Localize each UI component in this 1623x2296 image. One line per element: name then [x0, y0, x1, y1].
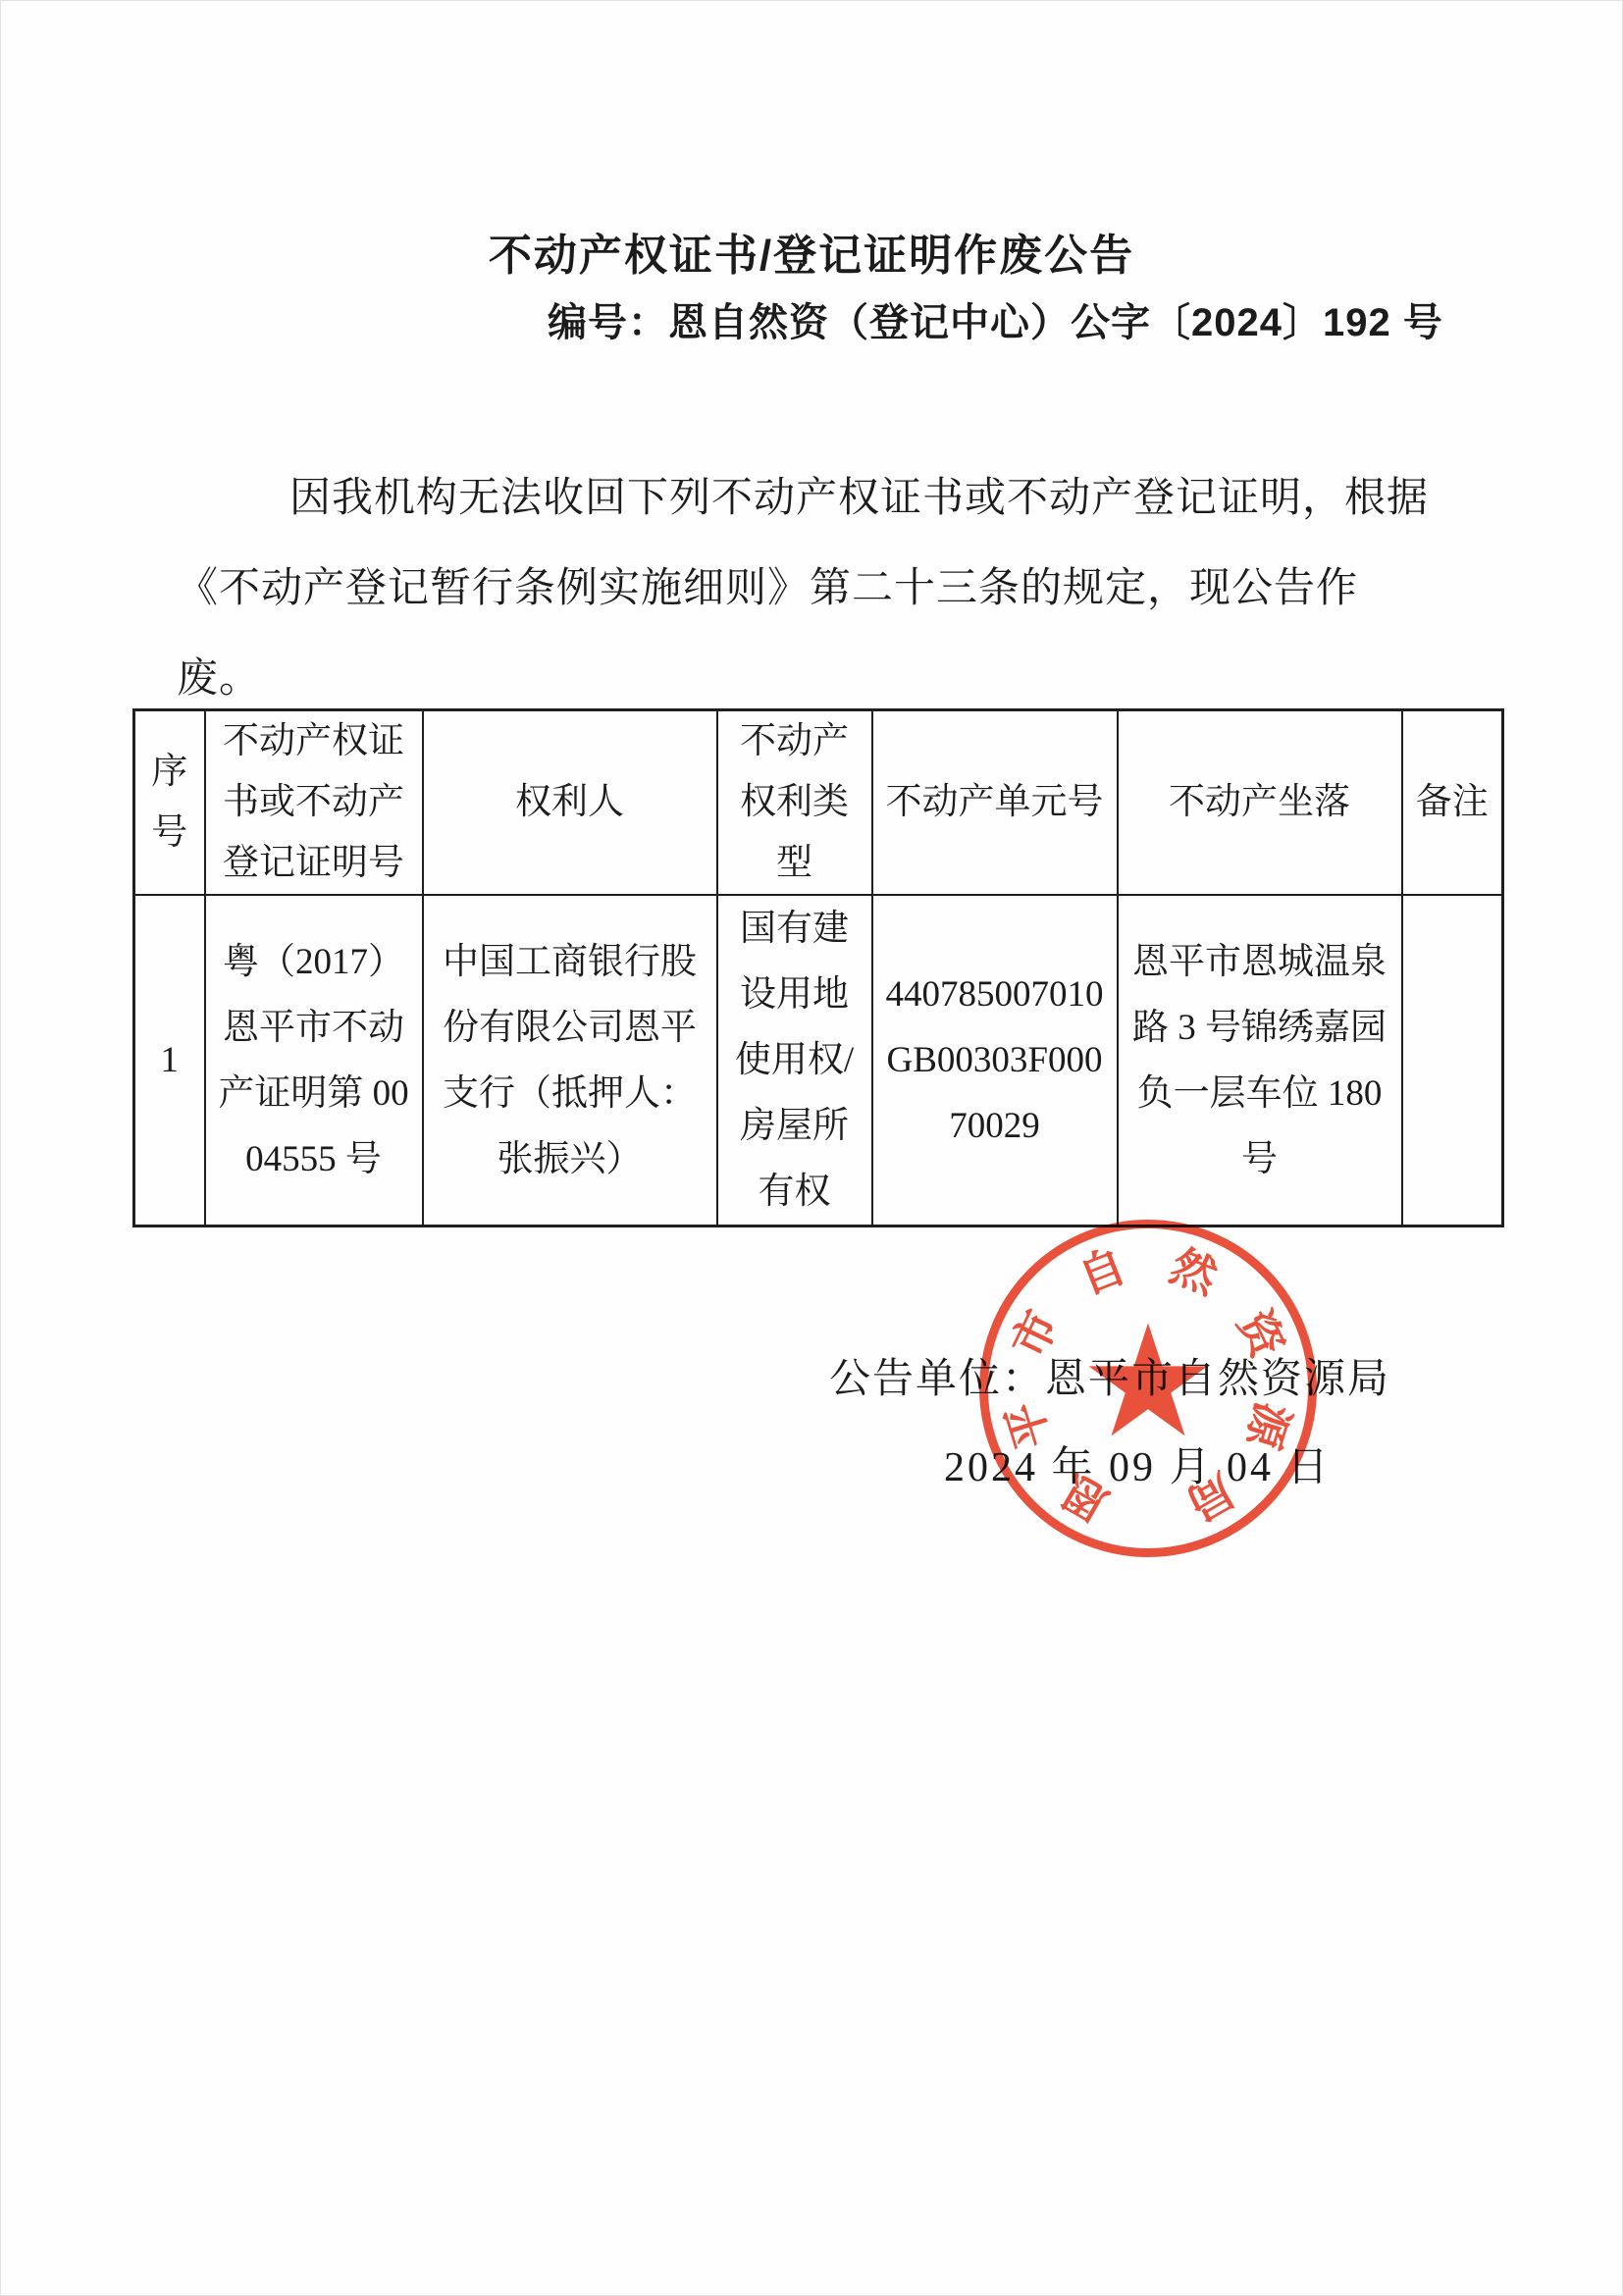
doc-number: 编号：恩自然资（登记中心）公字〔2024〕192 号	[548, 291, 1443, 347]
cell-right-type: 国有建设用地使用权/房屋所有权	[717, 895, 872, 1226]
cell-holder: 中国工商银行股份有限公司恩平支行（抵押人：张振兴）	[423, 895, 717, 1226]
body-line-1: 因我机构无法收回下列不动产权证书或不动产登记证明，根据	[177, 453, 1441, 544]
cell-cert-no: 粤（2017）恩平市不动产证明第 0004555 号	[205, 895, 423, 1226]
cell-unit-no: 440785007010GB00303F00070029	[872, 895, 1118, 1226]
body-line-2: 《不动产登记暂行条例实施细则》第二十三条的规定，现公告作废。	[177, 544, 1441, 724]
document-page: 不动产权证书/登记证明作废公告 编号：恩自然资（登记中心）公字〔2024〕192…	[0, 0, 1623, 2296]
date-line: 2024 年 09 月 04 日	[944, 1435, 1332, 1493]
col-header-location: 不动产坐落	[1118, 710, 1402, 896]
cell-remarks	[1402, 895, 1503, 1226]
issuer-line: 公告单位：恩平市自然资源局	[829, 1346, 1390, 1405]
col-header-unit-no: 不动产单元号	[872, 710, 1118, 896]
col-header-right-type: 不动产权利类型	[717, 710, 872, 896]
seal-char: 然	[1165, 1242, 1224, 1301]
cell-seq: 1	[134, 895, 205, 1226]
col-header-cert-no: 不动产权证书或不动产登记证明号	[205, 710, 423, 896]
table-header-row: 序号 不动产权证书或不动产登记证明号 权利人 不动产权利类型 不动产单元号 不动…	[134, 710, 1503, 896]
page-title: 不动产权证书/登记证明作废公告	[0, 220, 1623, 283]
invalidation-table: 序号 不动产权证书或不动产登记证明号 权利人 不动产权利类型 不动产单元号 不动…	[132, 708, 1504, 1227]
col-header-remarks: 备注	[1402, 710, 1503, 896]
col-header-seq: 序号	[134, 710, 205, 896]
col-header-holder: 权利人	[423, 710, 717, 896]
cell-location: 恩平市恩城温泉路 3 号锦绣嘉园负一层车位 180 号	[1118, 895, 1402, 1226]
table-row: 1 粤（2017）恩平市不动产证明第 0004555 号 中国工商银行股份有限公…	[134, 895, 1503, 1226]
seal-char: 自	[1073, 1242, 1131, 1301]
body-paragraph: 因我机构无法收回下列不动产权证书或不动产登记证明，根据 《不动产登记暂行条例实施…	[177, 453, 1441, 724]
